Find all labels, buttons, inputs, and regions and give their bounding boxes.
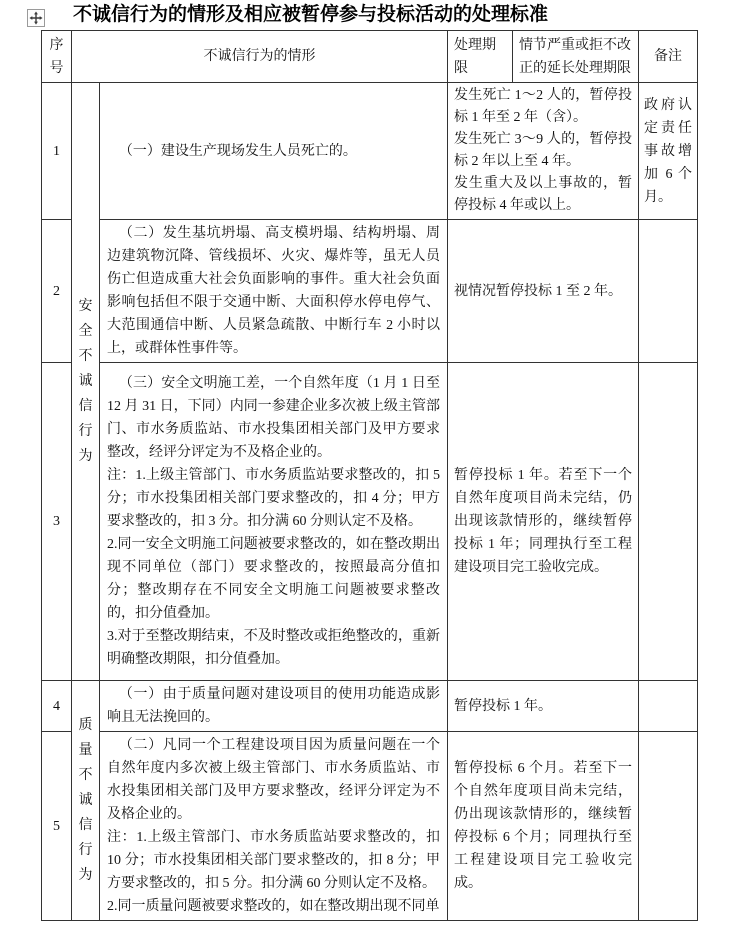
behavior-cell-2: （二）发生基坑坍塌、高支模坍塌、结构坍塌、周边建筑物沉降、管线损坏、火灾、爆炸等… — [100, 220, 448, 363]
period-cell-4: 暂停投标 1 年。 — [448, 681, 639, 732]
category-cell-safety: 安全不诚信行为 — [72, 83, 100, 681]
table-header-row: 序号 不诚信行为的情形 处理期限 情节严重或拒不改正的延长处理期限 备注 — [42, 31, 698, 83]
behavior-cell-3: （三）安全文明施工差，一个自然年度（1 月 1 日至 12 月 31 日，下同）… — [100, 363, 448, 681]
index-cell-1: 1 — [42, 83, 72, 220]
remark-cell-4 — [639, 681, 698, 732]
table-row-4: 4 质量不诚信行为 （一）由于质量问题对建设项目的使用功能造成影响且无法挽回的。… — [42, 681, 698, 732]
header-behavior: 不诚信行为的情形 — [72, 31, 448, 83]
header-remark: 备注 — [639, 31, 698, 83]
period-cell-2: 视情况暂停投标 1 至 2 年。 — [448, 220, 639, 363]
paragraph: 3.对于至整改期结束，不及时整改或拒绝整改的，重新明确整改期限，扣分值叠加。 — [107, 625, 440, 671]
paragraph: （二）发生基坑坍塌、高支模坍塌、结构坍塌、周边建筑物沉降、管线损坏、火灾、爆炸等… — [107, 222, 440, 360]
header-index: 序号 — [42, 31, 72, 83]
paragraph: 视情况暂停投标 1 至 2 年。 — [454, 280, 632, 303]
paragraph: （一）由于质量问题对建设项目的使用功能造成影响且无法挽回的。 — [107, 683, 440, 729]
remark-cell-5 — [639, 732, 698, 921]
index-cell-5: 5 — [42, 732, 72, 921]
period-cell-5: 暂停投标 6 个月。若至下一个自然年度项目尚未完结，仍出现该款情形的，继续暂停投… — [448, 732, 639, 921]
remark-cell-2 — [639, 220, 698, 363]
paragraph: 发生死亡 3～9 人的，暂停投标 2 年以上至 4 年。 — [454, 129, 632, 173]
penalty-standards-table: 序号 不诚信行为的情形 处理期限 情节严重或拒不改正的延长处理期限 备注 1 安… — [41, 30, 698, 921]
table-row-1: 1 安全不诚信行为 （一）建设生产现场发生人员死亡的。 发生死亡 1～2 人的，… — [42, 83, 698, 220]
paragraph: 发生死亡 1～2 人的，暂停投标 1 年至 2 年（含）。 — [454, 85, 632, 129]
table-row-2: 2 （二）发生基坑坍塌、高支模坍塌、结构坍塌、周边建筑物沉降、管线损坏、火灾、爆… — [42, 220, 698, 363]
document-page: 不诚信行为的情形及相应被暂停参与投标活动的处理标准 序号 不诚信行为的情形 处理… — [0, 0, 733, 926]
behavior-cell-4: （一）由于质量问题对建设项目的使用功能造成影响且无法挽回的。 — [100, 681, 448, 732]
paragraph: 政府认定责任事故增加 6 个月。 — [644, 94, 692, 209]
table-row-5: 5 （二）凡同一个工程建设项目因为质量问题在一个自然年度内多次被上级主管部门、市… — [42, 732, 698, 921]
header-period: 处理期限 — [448, 31, 513, 83]
index-cell-2: 2 — [42, 220, 72, 363]
paragraph: （二）凡同一个工程建设项目因为质量问题在一个自然年度内多次被上级主管部门、市水务… — [107, 734, 440, 826]
behavior-cell-5: （二）凡同一个工程建设项目因为质量问题在一个自然年度内多次被上级主管部门、市水务… — [100, 732, 448, 921]
category-cell-quality: 质量不诚信行为 — [72, 681, 100, 921]
paragraph: 暂停投标 1 年。若至下一个自然年度项目尚未完结，仍出现该款情形的，继续暂停投标… — [454, 464, 632, 579]
paragraph: 发生重大及以上事故的，暂停投标 4 年或以上。 — [454, 173, 632, 217]
period-cell-3: 暂停投标 1 年。若至下一个自然年度项目尚未完结，仍出现该款情形的，继续暂停投标… — [448, 363, 639, 681]
paragraph: （一）建设生产现场发生人员死亡的。 — [107, 140, 440, 163]
paragraph: 2.同一质量问题被要求整改的，如在整改期出现不同单 — [107, 895, 440, 918]
index-cell-3: 3 — [42, 363, 72, 681]
remark-cell-1: 政府认定责任事故增加 6 个月。 — [639, 83, 698, 220]
index-cell-4: 4 — [42, 681, 72, 732]
paragraph: 注：1.上级主管部门、市水务质监站要求整改的，扣 10 分；市水投集团相关部门要… — [107, 826, 440, 895]
document-title: 不诚信行为的情形及相应被暂停参与投标活动的处理标准 — [73, 1, 548, 28]
paragraph: 2.同一安全文明施工问题被要求整改的，如在整改期出现不同单位（部门）要求整改的，… — [107, 533, 440, 625]
category-label-safety: 安全不诚信行为 — [78, 294, 93, 469]
behavior-cell-1: （一）建设生产现场发生人员死亡的。 — [100, 83, 448, 220]
table-row-3: 3 （三）安全文明施工差，一个自然年度（1 月 1 日至 12 月 31 日，下… — [42, 363, 698, 681]
paragraph: 注：1.上级主管部门、市水务质监站要求整改的，扣 5 分；市水投集团相关部门要求… — [107, 464, 440, 533]
remark-cell-3 — [639, 363, 698, 681]
move-arrows-glyph — [29, 11, 43, 25]
paragraph: 暂停投标 1 年。 — [454, 695, 632, 718]
category-label-quality: 质量不诚信行为 — [78, 713, 93, 888]
paragraph: 暂停投标 6 个月。若至下一个自然年度项目尚未完结，仍出现该款情形的，继续暂停投… — [454, 757, 632, 895]
header-extended: 情节严重或拒不改正的延长处理期限 — [513, 31, 639, 83]
paragraph: （三）安全文明施工差，一个自然年度（1 月 1 日至 12 月 31 日，下同）… — [107, 372, 440, 464]
period-cell-1: 发生死亡 1～2 人的，暂停投标 1 年至 2 年（含）。 发生死亡 3～9 人… — [448, 83, 639, 220]
table-move-handle-icon[interactable] — [27, 9, 45, 27]
